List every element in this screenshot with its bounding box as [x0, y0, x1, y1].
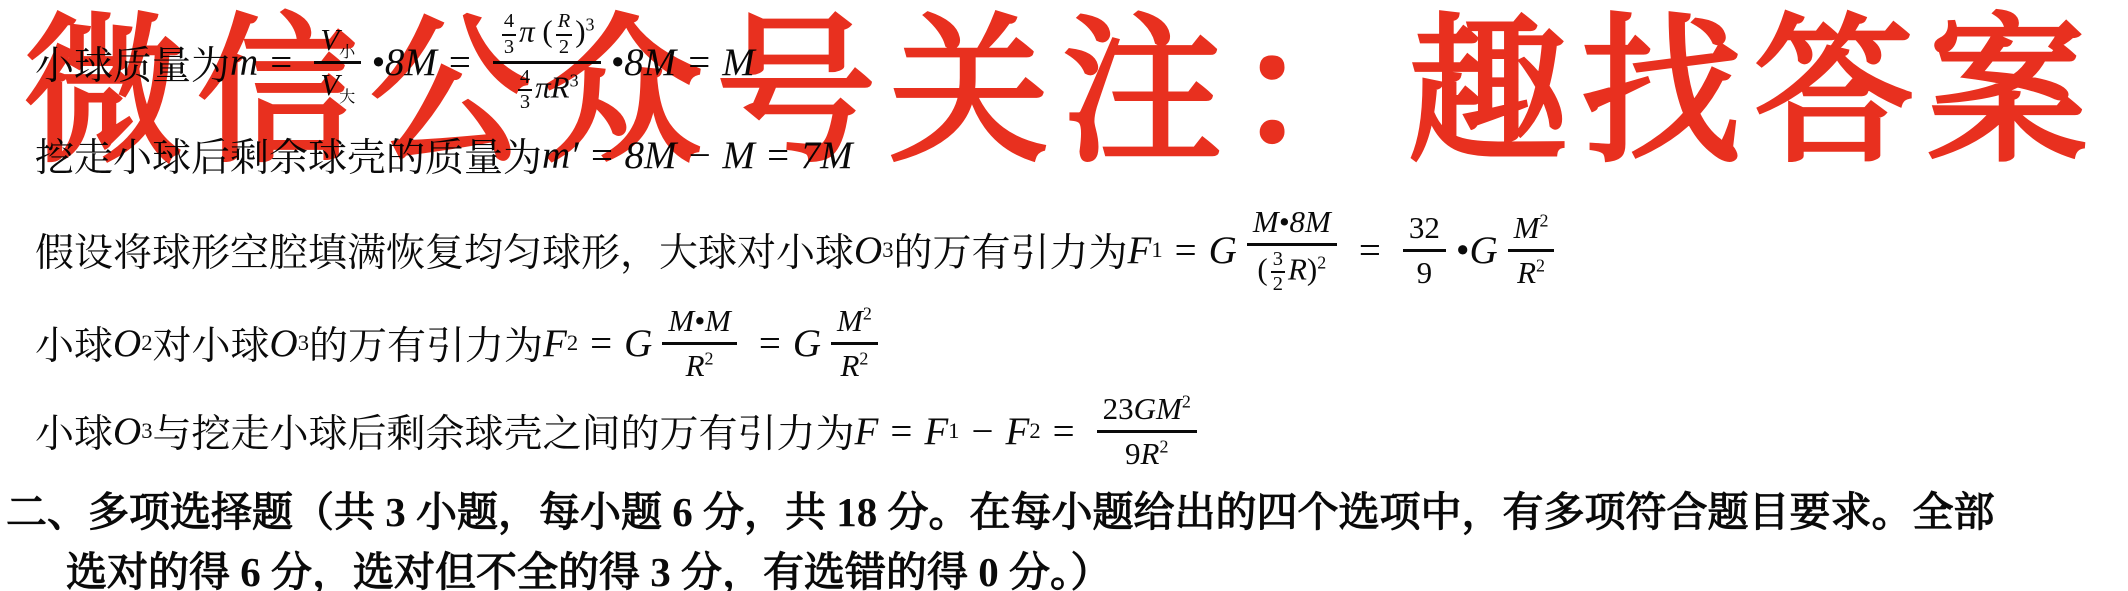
fraction-f1: M•8M (32R)2	[1247, 204, 1337, 296]
math-var-g: G	[624, 321, 652, 366]
numerator-m-8m: M•8M	[1247, 204, 1337, 246]
solution-line-net-force: 小球 O3 与挖走小球后剩余球壳之间的万有引力为 F = F1 − F2 = 2…	[35, 392, 1207, 470]
math-var-o3: O	[270, 321, 298, 366]
equals-sign: =	[1175, 228, 1197, 273]
exponent-2: 2	[705, 348, 714, 368]
denominator-9: 9	[1403, 252, 1446, 291]
math-var-o2: O	[113, 321, 141, 366]
section-header-line1: 二、多项选择题（共 3 小题，每小题 6 分，共 18 分。在每小题给出的四个选…	[6, 485, 1995, 531]
solution-line-f1: 假设将球形空腔填满恢复均匀球形，大球对小球 O3 的万有引力为 F1 = G M…	[35, 198, 1564, 302]
exponent-2: 2	[1536, 255, 1545, 275]
bullet-operator: •	[1456, 228, 1470, 273]
open-paren: (	[1257, 251, 1267, 286]
numerator-3: 3	[1271, 249, 1285, 273]
fraction-32-9: 32 9	[1403, 210, 1446, 290]
fraction-m2-r2: M2 R2	[1508, 210, 1555, 290]
fraction-m2-r2: M2 R2	[831, 303, 878, 383]
exponent-2: 2	[1182, 392, 1191, 412]
exam-solution-page: 小球质量为 m = V小 V大 •8M = 43π (R2)3 43πR3 •8…	[0, 0, 2128, 591]
numerator-digits: 23	[1103, 391, 1134, 426]
math-var-m: M	[1514, 210, 1540, 245]
minus-sign: −	[971, 409, 993, 454]
line3-chinese-text: 假设将球形空腔填满恢复均匀球形，大球对小球	[35, 222, 854, 278]
math-var-f2: F	[1005, 409, 1029, 454]
denominator-2: 2	[1271, 273, 1285, 295]
math-var-r: R	[686, 348, 705, 383]
fraction-result: 23GM2 9R2	[1097, 391, 1197, 471]
math-var-r: R	[1288, 251, 1307, 286]
equals-sign: =	[1359, 228, 1381, 273]
close-paren: )	[1307, 251, 1317, 286]
math-var-o3: O	[113, 409, 141, 454]
exponent-2: 2	[859, 348, 868, 368]
math-var-m: M	[837, 303, 863, 338]
section-header-line2: 选对的得 6 分，选对但不全的得 3 分，有选错的得 0 分。）	[66, 545, 1112, 591]
line5-chinese-text: 小球	[35, 403, 113, 459]
solution-line-f2: 小球 O2 对小球 O3 的万有引力为 F2 = G M•M R2 = G M2…	[35, 295, 888, 391]
line4-chinese-text3: 的万有引力为	[309, 315, 543, 371]
denominator-digits: 9	[1125, 436, 1141, 471]
math-var-f1: F	[1128, 228, 1152, 273]
fraction-mm-r2: M•M R2	[662, 303, 737, 383]
line3-chinese-text2: 的万有引力为	[894, 222, 1128, 278]
exponent-2: 2	[1159, 436, 1168, 456]
nested-fraction-3-2: 32	[1271, 249, 1285, 296]
equals-sign: =	[1053, 409, 1075, 454]
math-var-r: R	[840, 348, 859, 383]
line4-chinese-text: 小球	[35, 315, 113, 371]
numerator-32: 32	[1403, 210, 1446, 252]
exponent-2: 2	[863, 304, 872, 324]
denominator-letters: R	[1141, 436, 1160, 471]
exponent-2: 2	[1539, 211, 1548, 231]
math-var-g: G	[1469, 228, 1497, 273]
watermark-text: 微信公众号关注：趣找答案	[24, 12, 2100, 172]
equals-sign: =	[890, 409, 912, 454]
equals-sign: =	[759, 321, 781, 366]
line4-chinese-text2: 对小球	[153, 315, 270, 371]
numerator-letters: GM	[1134, 391, 1182, 426]
section-header-text1: 二、多项选择题（共 3 小题，每小题 6 分，共 18 分。在每小题给出的四个选…	[6, 479, 1995, 538]
math-var-g: G	[1209, 228, 1237, 273]
line5-chinese-text2: 与挖走小球后剩余球壳之间的万有引力为	[153, 403, 855, 459]
math-var-f: F	[855, 409, 879, 454]
math-var-g: G	[793, 321, 821, 366]
equals-sign: =	[590, 321, 612, 366]
math-var-o3: O	[854, 228, 882, 273]
exponent-2: 2	[1317, 252, 1326, 272]
numerator-m-m: M•M	[662, 303, 737, 345]
math-var-r: R	[1517, 255, 1536, 290]
section-header-text2: 选对的得 6 分，选对但不全的得 3 分，有选错的得 0 分。）	[66, 539, 1112, 591]
math-var-f1: F	[924, 409, 948, 454]
math-var-f2: F	[543, 321, 567, 366]
